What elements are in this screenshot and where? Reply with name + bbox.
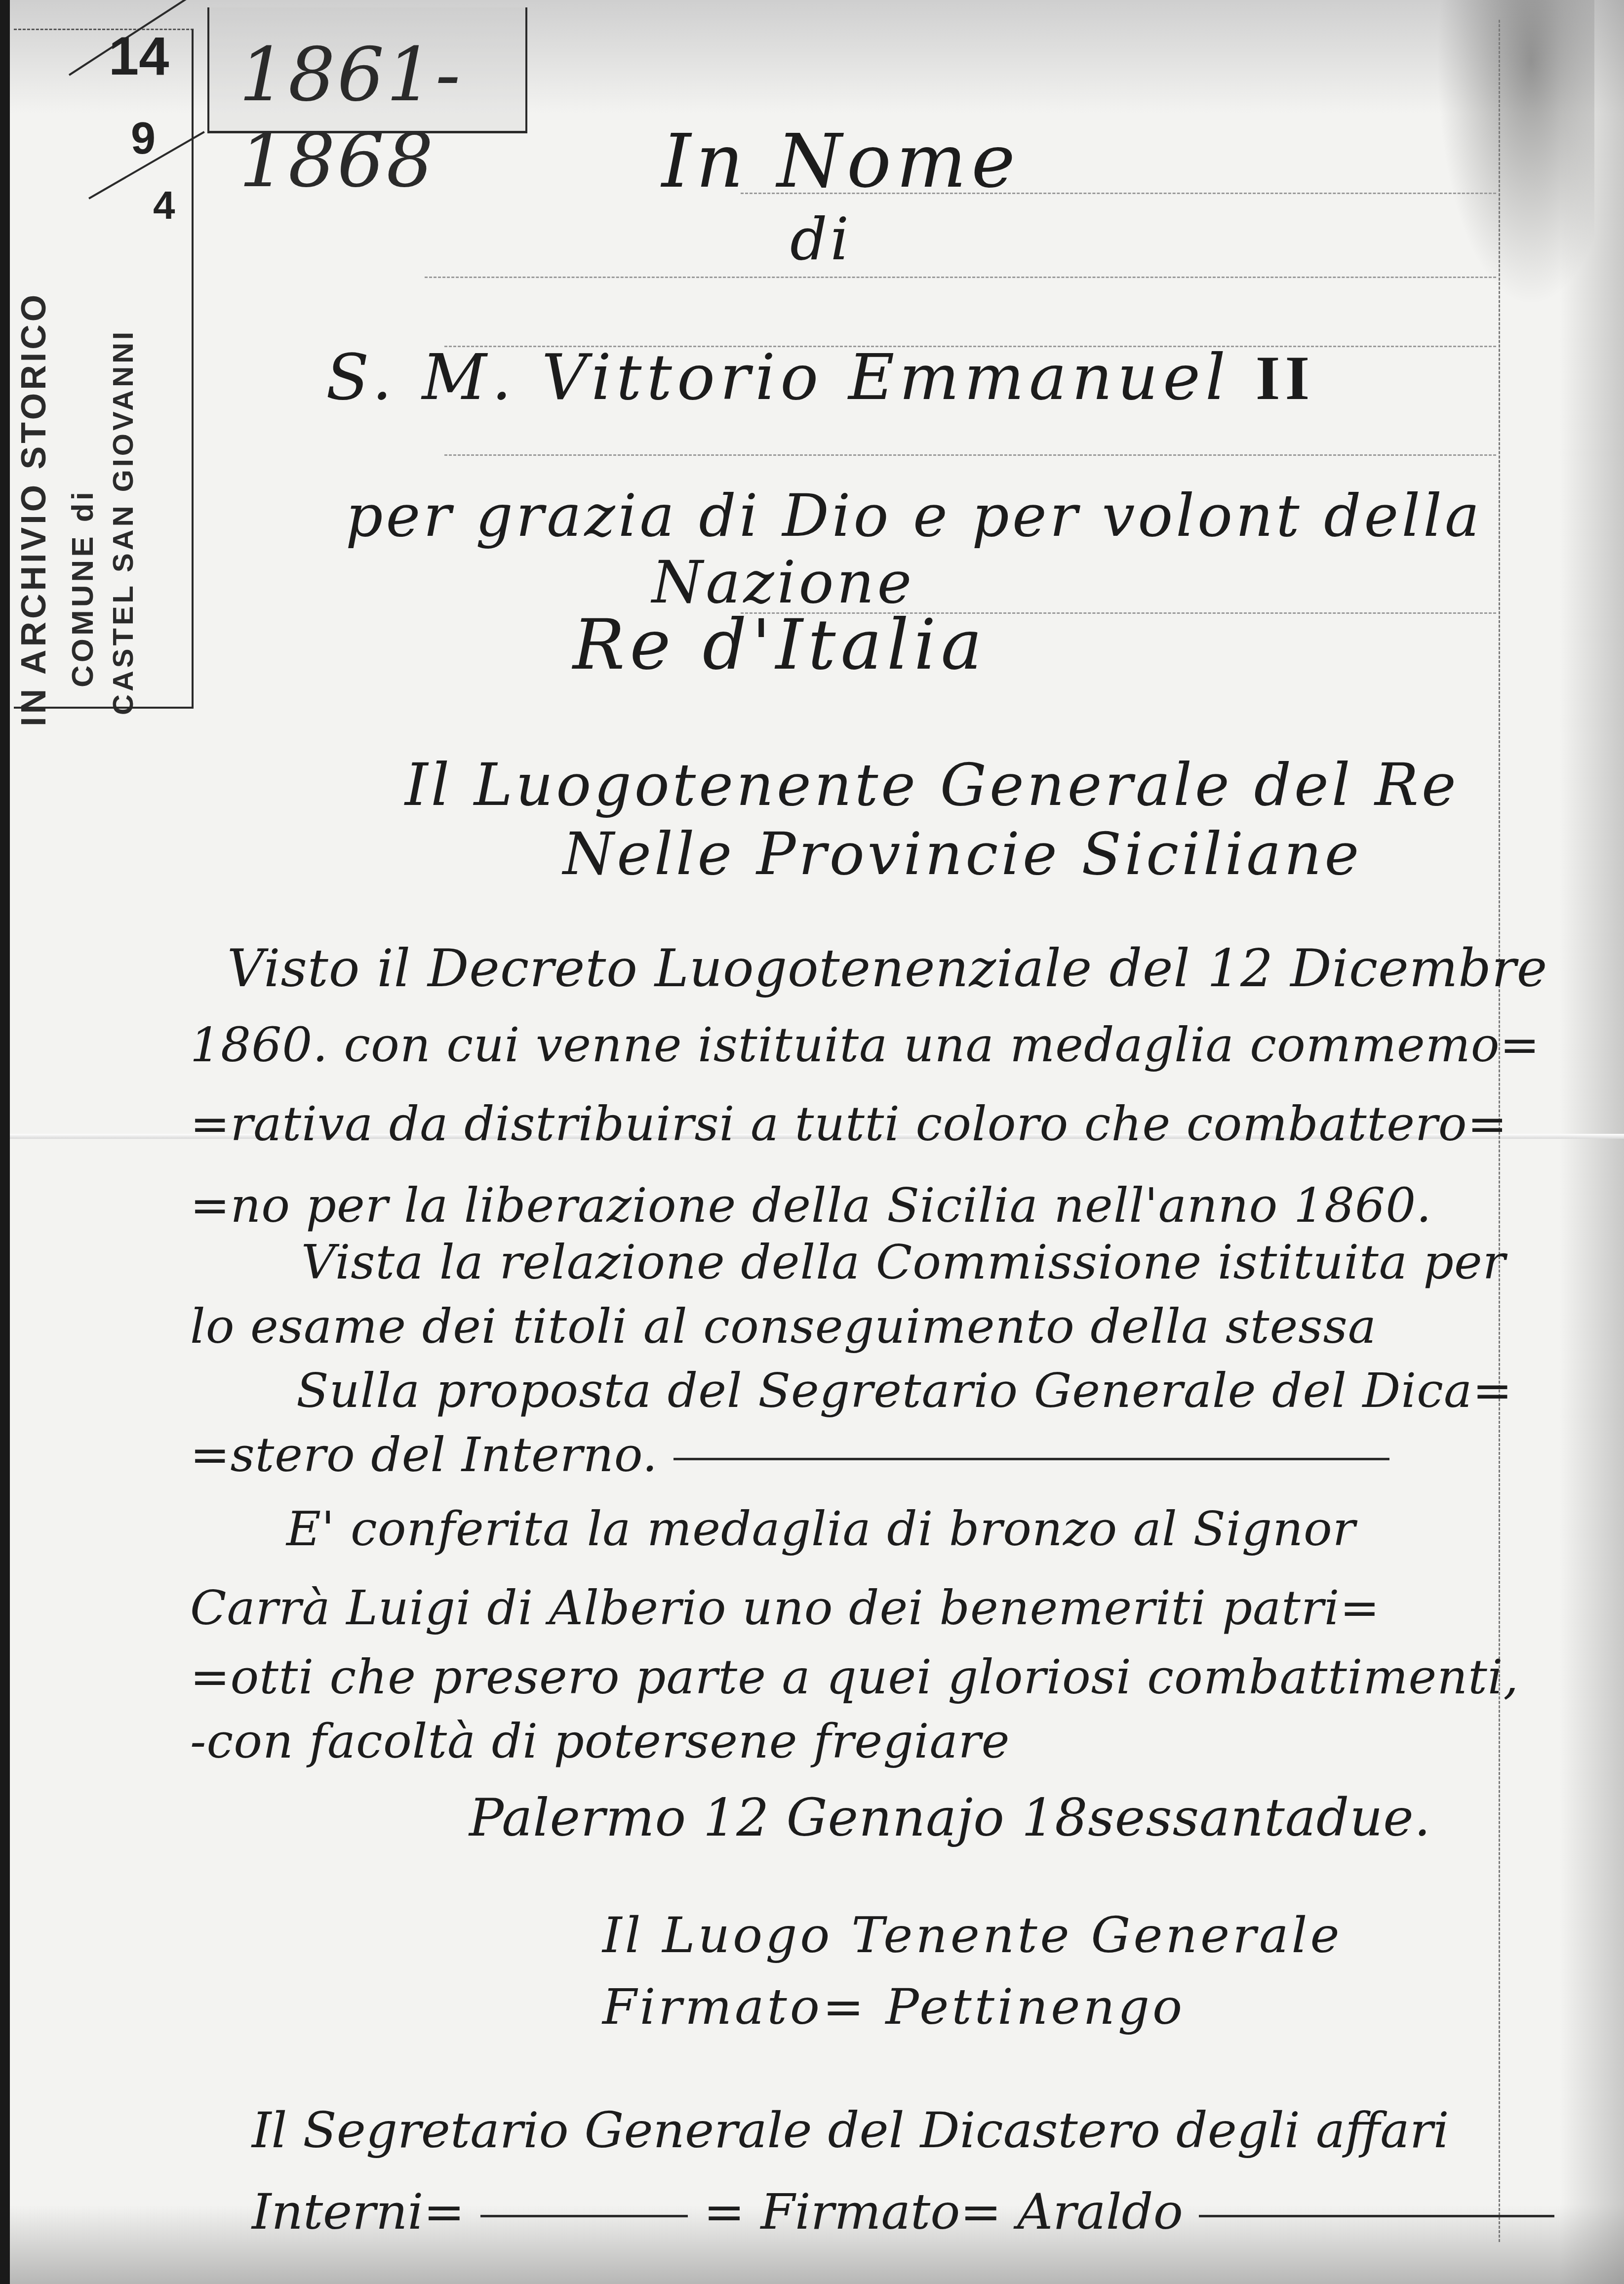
archive-stamp-line-1: IN ARCHIVIO STORICO <box>14 292 53 726</box>
shelf-mark-top: 14 <box>109 25 169 87</box>
body-line-11: =otti che presero parte a quei gloriosi … <box>190 1649 1519 1705</box>
interni-label: Interni= <box>252 2183 465 2241</box>
signature-1-title: Il Luogo Tenente Generale <box>602 1906 1343 1964</box>
signature-2-signed: = Firmato= Araldo <box>704 2183 1183 2241</box>
issuer-line-1: Il Luogotenente Generale del Re <box>405 751 1459 819</box>
heading-di: di <box>790 205 852 273</box>
heading-sovereign: S. M. Vittorio Emmanuel II <box>326 341 1314 414</box>
body-line-10: Carrà Luigi di Alberio uno dei benemerit… <box>190 1580 1380 1636</box>
heading-in-nome: In Nome <box>662 119 1020 204</box>
place-date: Palermo 12 Gennajo 18sessantadue. <box>469 1788 1431 1848</box>
body-line-4: =no per la liberazione della Sicilia nel… <box>190 1178 1432 1233</box>
signature-2-title: Il Segretario Generale del Dicastero deg… <box>252 2101 1449 2159</box>
signature-2-line: Interni= = Firmato= Araldo <box>252 2183 1554 2241</box>
body-line-8-text: =stero del Interno. <box>190 1427 658 1483</box>
body-line-5: Vista la relazione della Commissione ist… <box>301 1235 1506 1290</box>
body-line-7: Sulla proposta del Segretario Generale d… <box>296 1363 1513 1418</box>
year-range-box: 1861-1868 <box>207 7 527 133</box>
heading-re-italia: Re d'Italia <box>573 605 987 685</box>
signature-1-signed: Firmato= Pettinengo <box>602 1978 1185 2036</box>
fill-dash <box>1199 2215 1554 2217</box>
body-line-9: E' conferita la medaglia di bronzo al Si… <box>286 1501 1356 1557</box>
sovereign-name: S. M. Vittorio Emmanuel <box>326 341 1230 414</box>
shelf-mark-middle: 9 <box>131 114 156 164</box>
scan-right-shadow <box>1560 0 1624 2284</box>
ruled-line <box>425 277 1496 278</box>
archive-stamp-line-2: COMUNE di <box>65 489 100 687</box>
issuer-line-2: Nelle Provincie Siciliane <box>563 820 1362 888</box>
archive-stamp: IN ARCHIVIO STORICO COMUNE di CASTEL SAN… <box>14 29 194 709</box>
body-line-8: =stero del Interno. <box>190 1427 1389 1483</box>
scan-left-edge <box>0 0 11 2284</box>
fill-dash <box>480 2215 688 2217</box>
body-line-12: -con facoltà di potersene fregiare <box>190 1714 1010 1769</box>
body-line-1: Visto il Decreto Luogotenenziale del 12 … <box>227 938 1547 999</box>
archive-stamp-line-3: CASTEL SAN GIOVANNI <box>107 329 140 715</box>
sovereign-numeral: II <box>1256 343 1315 413</box>
heading-grace-line: per grazia di Dio e per volont della <box>346 481 1482 550</box>
fill-dash <box>673 1458 1389 1460</box>
year-range: 1861-1868 <box>239 32 525 204</box>
body-line-3: =rativa da distribuirsi a tutti coloro c… <box>190 1096 1507 1152</box>
body-line-2: 1860. con cui venne istituita una medagl… <box>190 1017 1540 1073</box>
shelf-mark-bottom: 4 <box>153 183 175 228</box>
body-line-6: lo esame dei titoli al conseguimento del… <box>190 1299 1377 1354</box>
ruled-line <box>444 454 1496 456</box>
